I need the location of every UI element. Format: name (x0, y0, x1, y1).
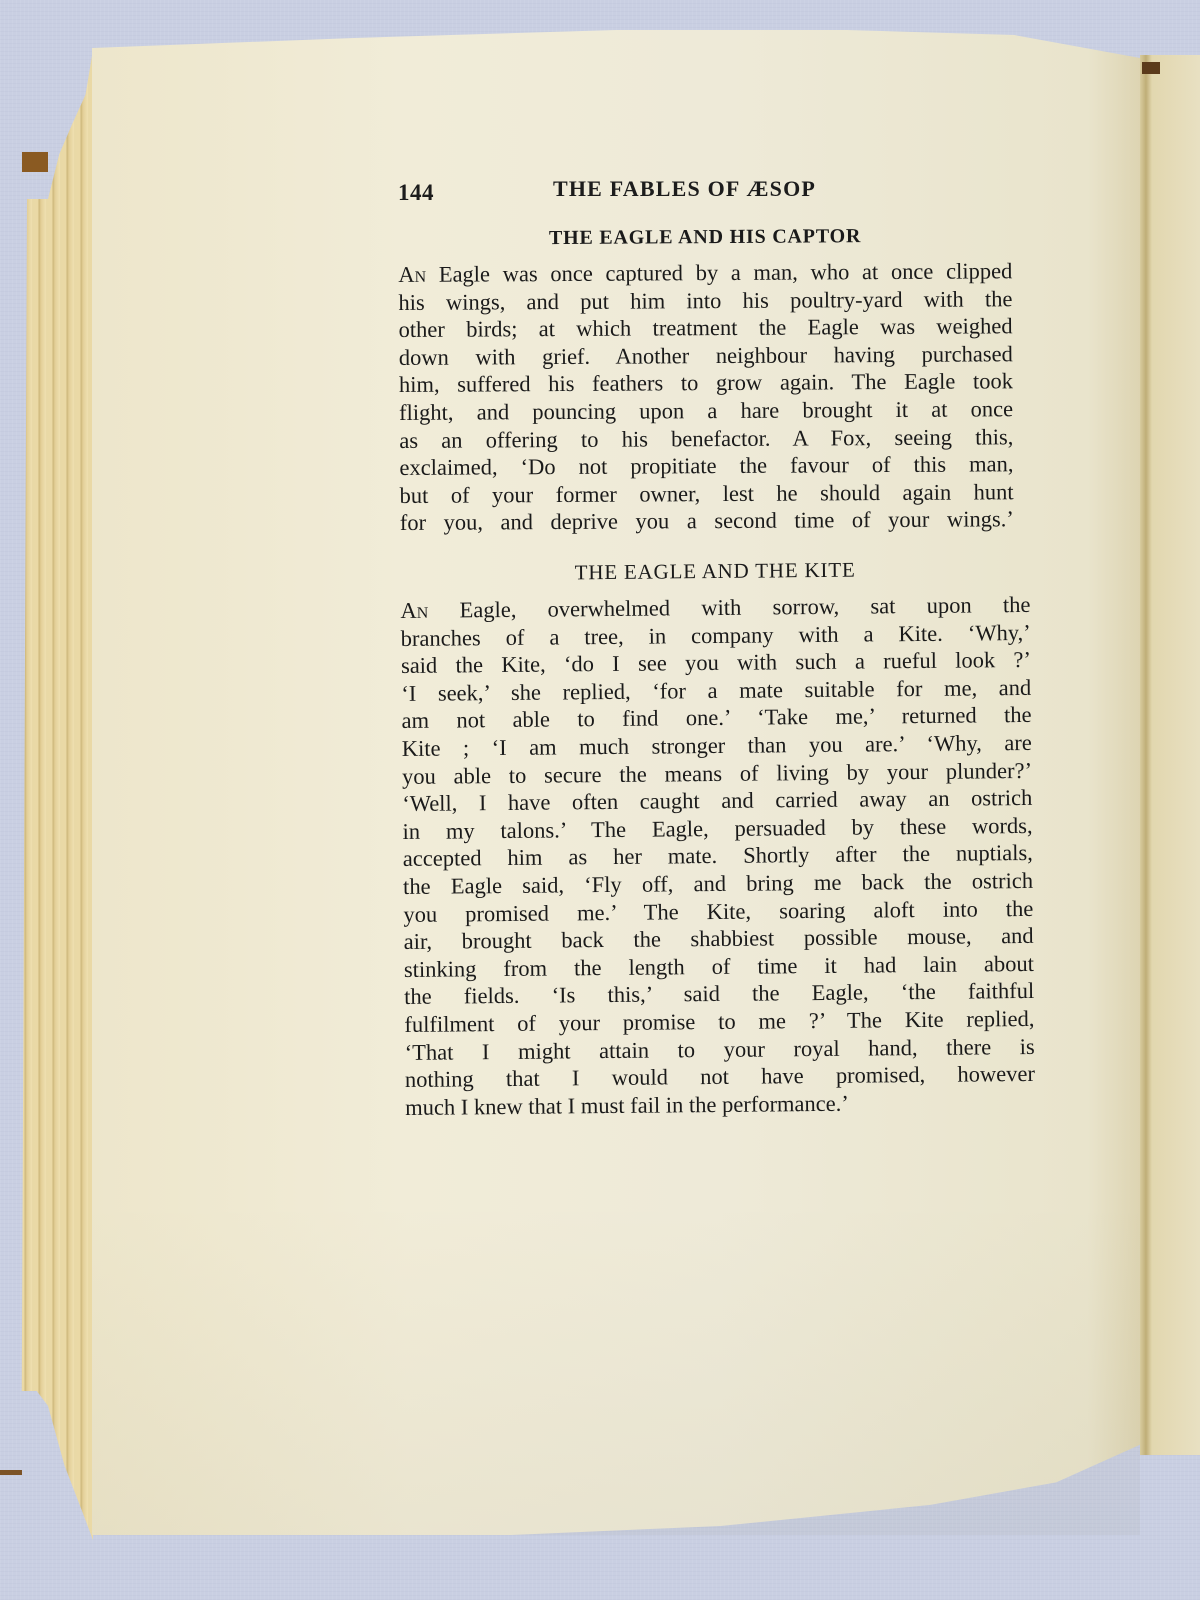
fable-eagle-and-his-captor: THE EAGLE AND HIS CAPTOR An Eagle was on… (398, 224, 1014, 537)
book-cover-corner (22, 152, 48, 172)
page-number: 144 (398, 180, 434, 206)
drop-lead: An (400, 598, 428, 623)
book-page-edges-left (18, 50, 93, 1540)
fable-eagle-and-the-kite: THE EAGLE AND THE KITE An Eagle, overwhe… (400, 556, 1035, 1121)
facing-page-sliver (1140, 55, 1200, 1455)
text-line: for you, and deprive you a second time o… (400, 506, 1014, 537)
text-line: but of your former owner, lest he should… (400, 478, 1014, 509)
text-line: as an offering to his benefactor. A Fox,… (399, 423, 1013, 454)
book-cover-bottom-edge (0, 1470, 22, 1475)
fable-title: THE EAGLE AND THE KITE (400, 556, 1030, 587)
text-line: exclaimed, ‘Do not propitiate the favour… (399, 450, 1013, 481)
text-line: An Eagle was once captured by a man, who… (398, 257, 1012, 288)
fable-title: THE EAGLE AND HIS CAPTOR (398, 224, 1012, 251)
book-cover-corner-right (1142, 62, 1160, 74)
text-line: flight, and pouncing upon a hare brought… (399, 395, 1013, 426)
text-line: his wings, and put him into his poultry-… (398, 285, 1012, 316)
text-line: other birds; at which treatment the Eagl… (399, 312, 1013, 343)
text-line: down with grief. Another neighbour havin… (399, 340, 1013, 371)
drop-lead: An (398, 262, 426, 287)
page-header: 144 THE FABLES OF ÆSOP (398, 176, 878, 210)
running-title: THE FABLES OF ÆSOP (553, 176, 816, 202)
text-line: him, suffered his feathers to grow again… (399, 368, 1013, 399)
